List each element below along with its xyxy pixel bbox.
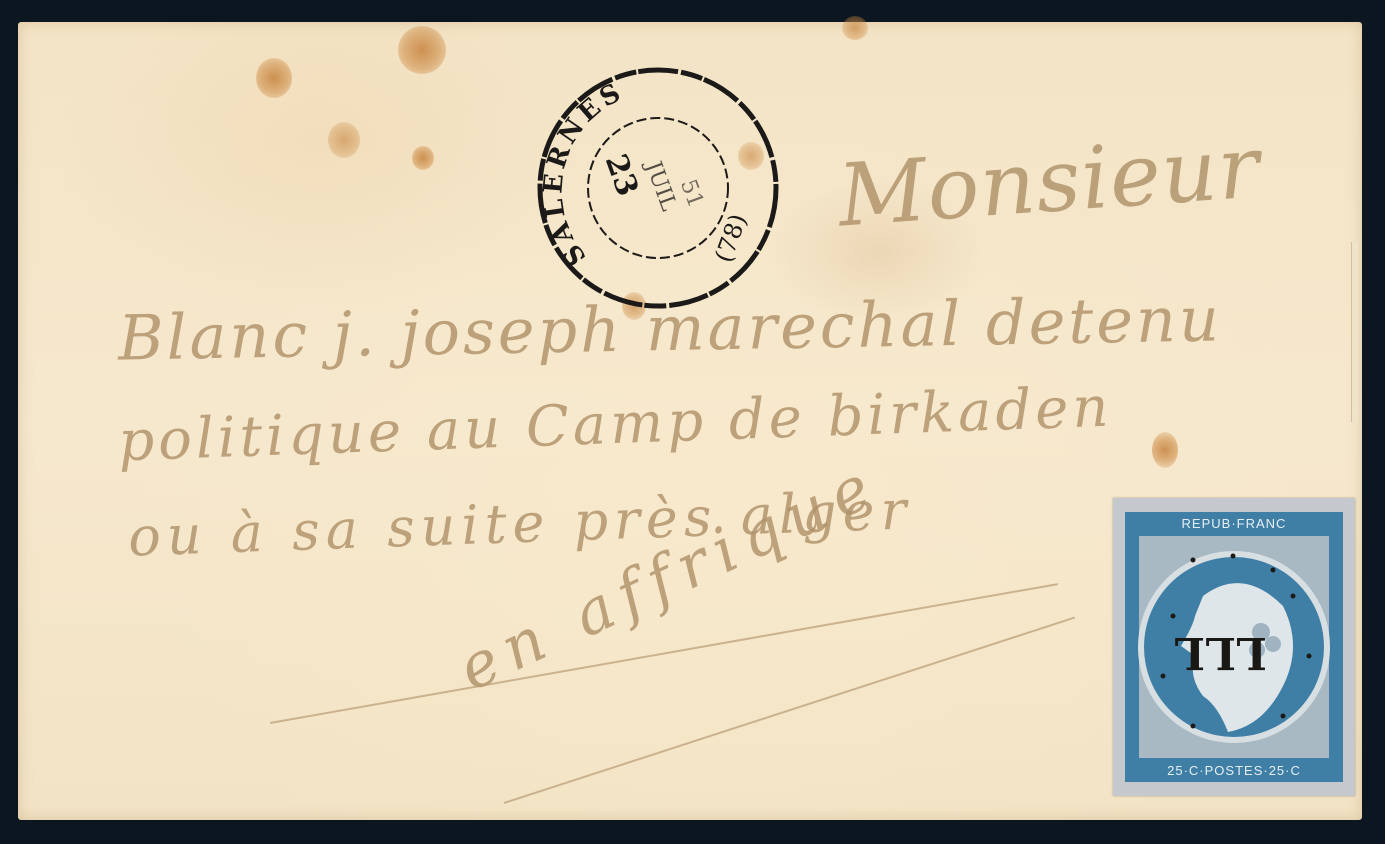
address-line-4: en affrique [447,447,890,705]
foxing-stain [256,58,292,98]
stamp-bottom-text: 25·C·POSTES·25·C [1125,763,1343,778]
postmark-day: 23 [598,150,645,201]
ceres-head-icon: LLL [1133,536,1335,758]
stamp-cancel-mark: LLL [1174,627,1267,678]
envelope: Monsieur Blanc j. joseph marechal detenu… [18,22,1362,820]
foxing-stain [1152,432,1178,468]
stamp-frame: REPUB·FRANC 25·C·POSTES·25·C LLL [1125,512,1343,782]
foxing-stain [328,122,360,158]
postmark-department: (78) [709,210,752,266]
address-line-2: politique au Camp de birkaden [117,375,1113,475]
postmark-salernes: SALERNES (78) 23 JUIL 51 [534,64,782,312]
foxing-stain [412,146,434,170]
foxing-stain [398,26,446,74]
postmark-month: JUIL [640,156,682,214]
foxing-stain [842,16,868,40]
postage-stamp: REPUB·FRANC 25·C·POSTES·25·C LLL [1113,498,1355,796]
stamp-top-text: REPUB·FRANC [1125,516,1343,531]
envelope-flap-edge [1351,242,1358,422]
salutation: Monsieur [835,117,1263,246]
